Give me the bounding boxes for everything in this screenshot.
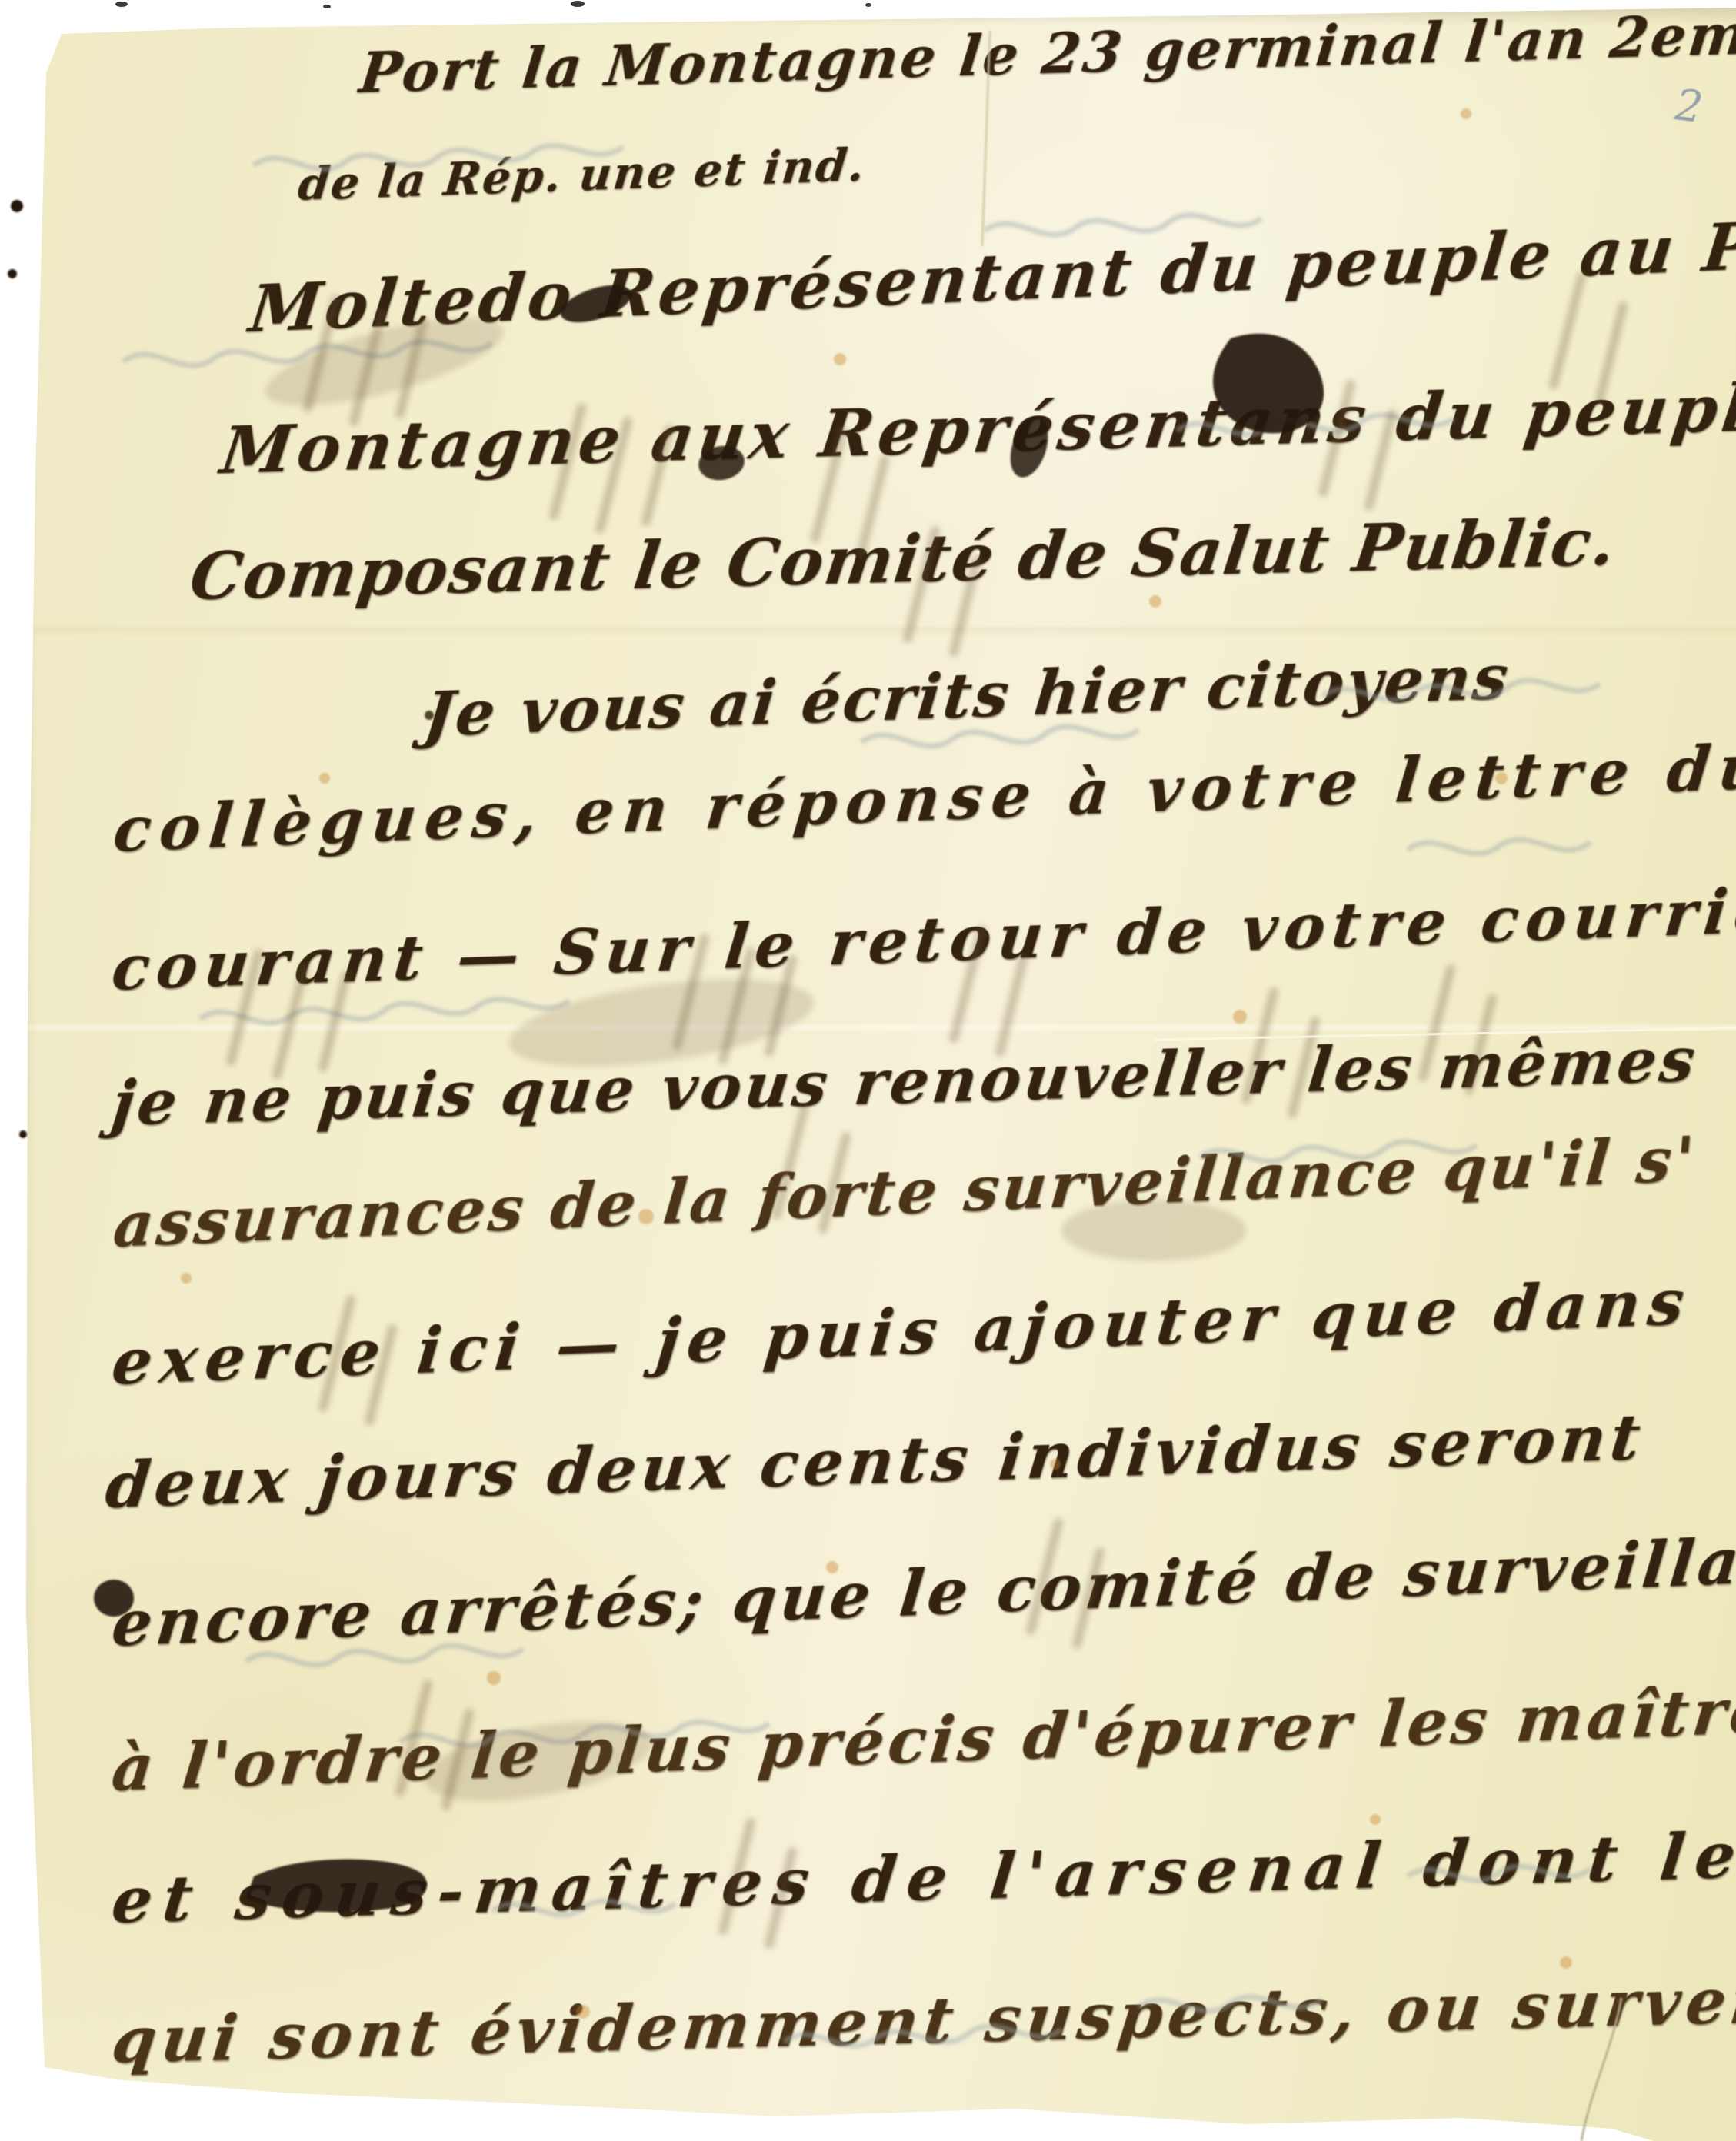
scanner-debris-speck [571,1,585,7]
scanner-debris-speck [323,5,331,8]
scanner-debris-speck [115,2,128,7]
page-number: 2 [1672,80,1705,133]
scanner-debris-speck [865,3,871,7]
scanned-letter-page: Port la Montagne le 23 germinal l'an 2em… [0,0,1736,2141]
